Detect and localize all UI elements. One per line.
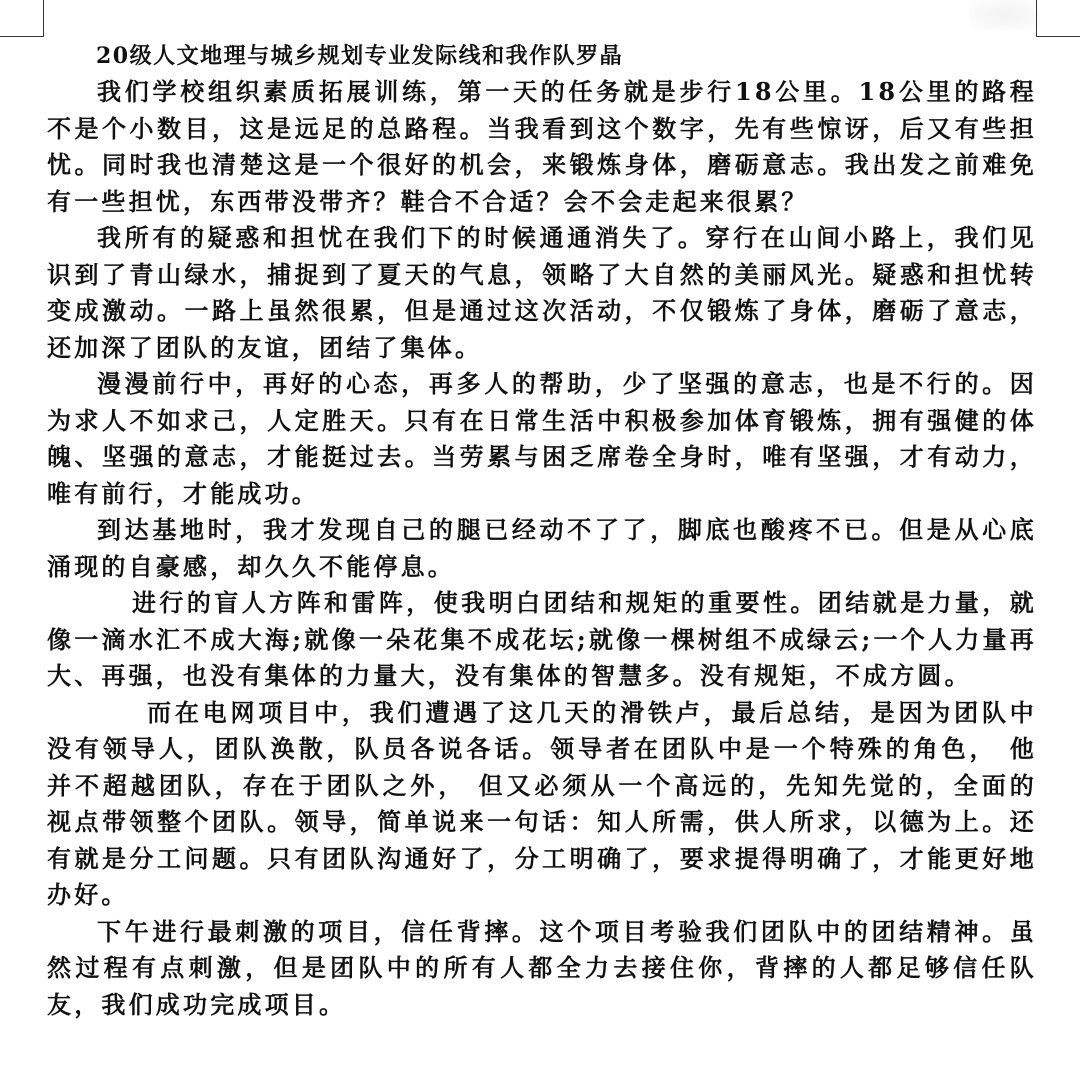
paragraph-arrival: 到达基地时，我才发现自己的腿已经动不了了，脚底也酸疼不已。但是从心底涌现的自豪感…: [47, 512, 1037, 585]
page-corner-mark-right: [1036, 0, 1080, 37]
paragraph-doubts-gone: 我所有的疑惑和担忧在我们下的时候通通消失了。穿行在山间小路上，我们见识到了青山绿…: [47, 220, 1037, 366]
document-title: 20级人文地理与城乡规划专业发际线和我作队罗晶: [96, 38, 1037, 74]
page-shadow: [970, 0, 1040, 30]
paragraph-blind-formation: 进行的盲人方阵和雷阵，使我明白团结和规矩的重要性。团结就是力量，就像一滴水汇不成…: [47, 585, 1037, 695]
paragraph-hike: 我们学校组织素质拓展训练，第一天的任务就是步行18公里。18公里的路程不是个小数…: [47, 74, 1037, 220]
paragraph-willpower: 漫漫前行中，再好的心态，再多人的帮助，少了坚强的意志，也是不行的。因为求人不如求…: [47, 366, 1037, 512]
paragraph-trust-fall: 下午进行最刺激的项目，信任背摔。这个项目考验我们团队中的团结精神。虽然过程有点刺…: [47, 914, 1037, 1024]
paragraph-power-grid: 而在电网项目中，我们遭遇了这几天的滑铁卢，最后总结，是因为团队中没有领导人，团队…: [47, 695, 1037, 914]
page-corner-mark-left: [0, 0, 44, 37]
document-page: 20级人文地理与城乡规划专业发际线和我作队罗晶 我们学校组织素质拓展训练，第一天…: [47, 38, 1037, 1023]
